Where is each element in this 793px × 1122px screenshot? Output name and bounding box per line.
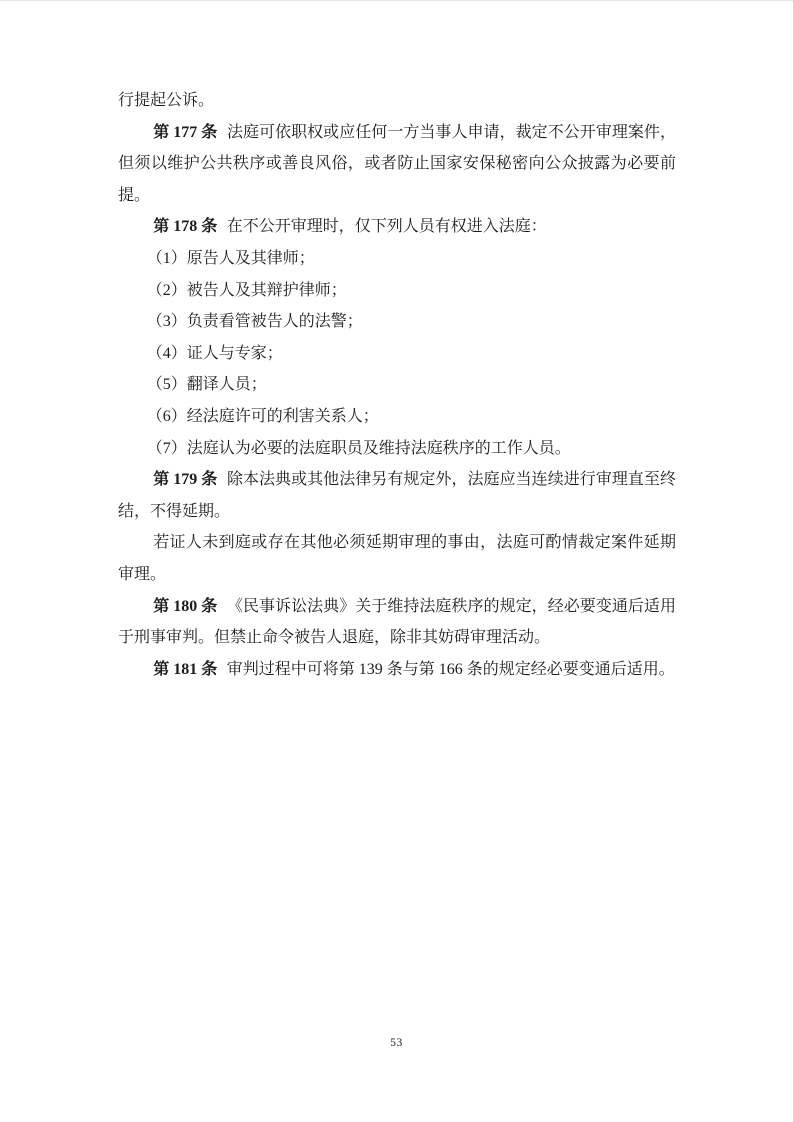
document-text-block: 行提起公诉。 第 177 条法庭可依职权或应任何一方当事人申请，裁定不公开审理案… xyxy=(118,85,676,685)
list-item-4: （4）证人与专家； xyxy=(118,338,676,370)
article-179-paragraph: 第 179 条除本法典或其他法律另有规定外，法庭应当连续进行审理直至终结，不得延… xyxy=(118,464,676,527)
article-180-paragraph: 第 180 条《民事诉讼法典》关于维持法庭秩序的规定，经必要变通后适用于刑事审判… xyxy=(118,591,676,654)
list-item-3: （3）负责看管被告人的法警； xyxy=(118,306,676,338)
article-179-paragraph-2: 若证人未到庭或存在其他必须延期审理的事由，法庭可酌情裁定案件延期审理。 xyxy=(118,527,676,590)
list-item-2: （2）被告人及其辩护律师； xyxy=(118,275,676,307)
list-item-6: （6）经法庭许可的利害关系人； xyxy=(118,401,676,433)
article-177-label: 第 177 条 xyxy=(153,124,217,141)
list-item-1: （1）原告人及其律师； xyxy=(118,243,676,275)
article-181-text: 审判过程中可将第 139 条与第 166 条的规定经必要变通后适用。 xyxy=(227,661,675,678)
article-178-label: 第 178 条 xyxy=(153,218,217,235)
list-item-5: （5）翻译人员； xyxy=(118,369,676,401)
article-177-paragraph: 第 177 条法庭可依职权或应任何一方当事人申请，裁定不公开审理案件，但须以维护… xyxy=(118,117,676,212)
article-181-label: 第 181 条 xyxy=(153,661,217,678)
document-page: 行提起公诉。 第 177 条法庭可依职权或应任何一方当事人申请，裁定不公开审理案… xyxy=(0,0,793,1122)
article-179-label: 第 179 条 xyxy=(153,471,217,488)
article-178-text: 在不公开审理时，仅下列人员有权进入法庭： xyxy=(227,218,547,235)
article-178-paragraph: 第 178 条在不公开审理时，仅下列人员有权进入法庭： xyxy=(118,211,676,243)
article-180-label: 第 180 条 xyxy=(153,598,217,615)
continuation-paragraph: 行提起公诉。 xyxy=(118,85,676,117)
list-item-7: （7）法庭认为必要的法庭职员及维持法庭秩序的工作人员。 xyxy=(118,433,676,465)
article-181-paragraph: 第 181 条审判过程中可将第 139 条与第 166 条的规定经必要变通后适用… xyxy=(118,654,676,686)
page-number: 53 xyxy=(0,1037,793,1049)
